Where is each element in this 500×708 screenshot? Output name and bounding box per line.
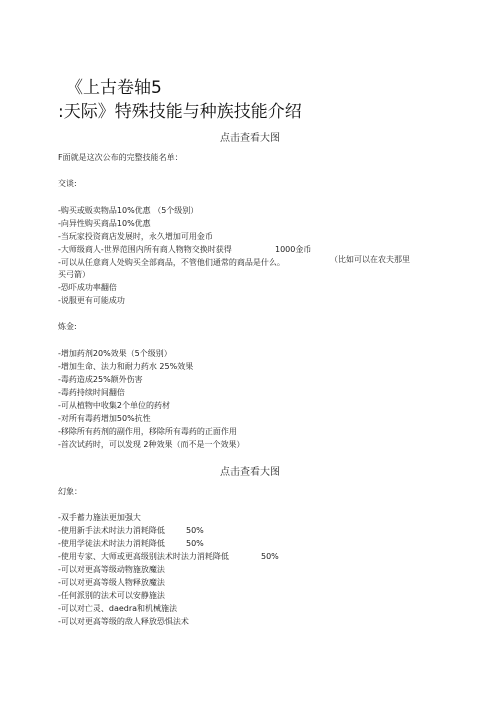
view-large-image-link-1[interactable]: 点击查看大图 [0,129,500,144]
list-item: -使用专家、大师或更高级别法术时法力消耗降低 [58,551,229,563]
list-item-suffix: 50% [186,525,204,537]
list-item: -毒药持续时间翻倍 [58,387,125,399]
list-item: -增加药剂20%效果（5个级别） [58,348,172,360]
title-line-1: 《上古卷轴5 [58,76,302,100]
list-item: -可以对亡灵、daedra和机械施法 [58,603,177,615]
list-item: -使用新手法术时法力消耗降低 [58,525,165,537]
intro-text: F面就是这次公布的完整技能名单： [58,152,183,164]
list-item-suffix: 50% [261,551,279,563]
title-line-2: :天际》特殊技能与种族技能介绍 [58,100,302,124]
list-item: -向异性购买商品10%优惠 [58,218,151,230]
article-title: 《上古卷轴5 :天际》特殊技能与种族技能介绍 [58,76,302,124]
list-item-text: -大师级商人-世界范围内所有商人物物交换时获得 [58,245,232,254]
section-heading-alchemy: 炼金: [58,321,77,333]
list-item: -毒药造成25%额外伤害 [58,374,143,386]
list-item: -可从植物中收集2个单位的药材 [58,400,170,412]
list-item: -双手蓄力施法更加强大 [58,512,141,524]
list-item: -可以从任意商人处购买全部商品，不管他们通常的商品是什么。 [58,257,285,269]
list-item: -使用学徒法术时法力消耗降低 [58,538,165,550]
list-item-continuation: 买弓箭） [58,269,90,281]
list-item: -可以对更高等级的敌人释放恐惧法术 [58,616,189,628]
list-item: -移除所有药剂的副作用，移除所有毒药的正面作用 [58,426,237,438]
list-item: -对所有毒药增加50%抗性 [58,413,151,425]
list-item-suffix: 1000金币 [275,244,311,256]
list-item: -可以对更高等级动物施放魔法 [58,564,165,576]
section-heading-speech: 交谈: [58,178,77,190]
list-item-suffix: （比如可以在农夫那里 [330,254,410,266]
list-item: -购买或贩卖物品10%优惠 （5个级别） [58,205,198,217]
list-item: -可以对更高等级人物释放魔法 [58,577,165,589]
list-item: -当玩家投资商店发展时，永久增加可用金币 [58,231,213,243]
view-large-image-link-2[interactable]: 点击查看大图 [0,463,500,478]
list-item-suffix: 50% [186,538,204,550]
list-item: -大师级商人-世界范围内所有商人物物交换时获得 [58,244,232,256]
list-item: -说服更有可能成功 [58,295,125,307]
section-heading-illusion: 幻象： [58,486,82,498]
list-item: -恐吓成功率翻倍 [58,282,117,294]
list-item: -增加生命、法力和耐力药水 25%效果 [58,361,193,373]
list-item: -任何派别的法术可以安静施法 [58,590,165,602]
list-item: -首次试药时，可以发现 2种效果（而不是一个效果） [58,439,245,451]
